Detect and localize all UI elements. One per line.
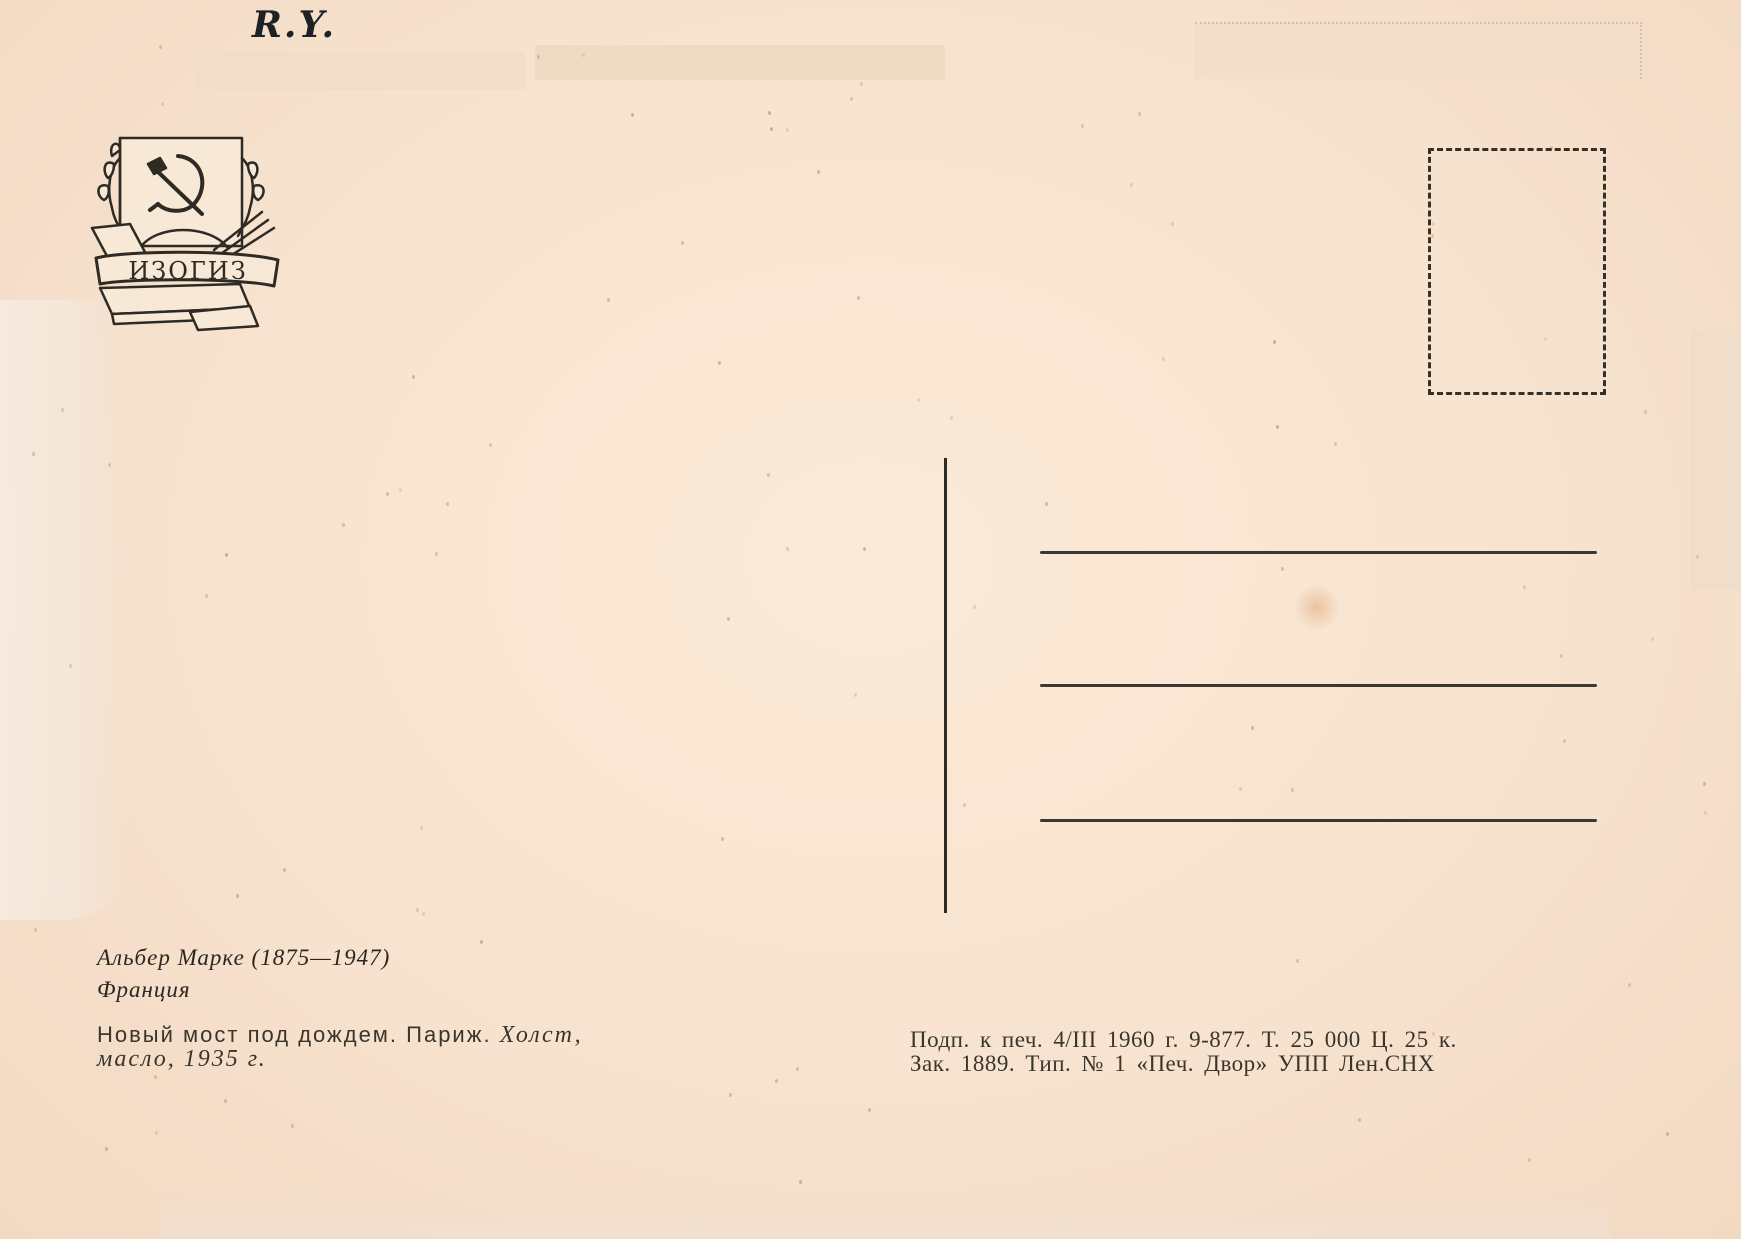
worn-paper-area <box>0 300 125 920</box>
foxing-spot <box>1563 739 1566 743</box>
foxing-spot <box>155 1131 158 1135</box>
foxing-spot <box>582 53 585 57</box>
foxing-spot <box>61 408 64 412</box>
foxing-spot <box>799 1180 802 1184</box>
artwork-medium-cont: масло, 1935 г. <box>97 1046 267 1072</box>
address-line-3 <box>1040 819 1597 822</box>
foxing-spot <box>1171 222 1174 226</box>
foxing-spot <box>1239 787 1242 791</box>
handwritten-note: R.Y. <box>252 4 336 46</box>
stamp-residue <box>1195 22 1642 79</box>
izogiz-emblem-icon: ИЗОГИЗ <box>90 128 286 338</box>
foxing-spot <box>1651 637 1654 641</box>
artwork-medium: Холст, <box>500 1022 583 1048</box>
foxing-spot <box>1358 1118 1361 1122</box>
foxing-spot <box>863 547 866 551</box>
foxing-spot <box>1666 1132 1669 1136</box>
foxing-spot <box>868 1108 871 1112</box>
foxing-spot <box>342 523 345 527</box>
artwork-title-text: Новый мост под дождем. Париж. <box>97 1022 492 1047</box>
foxing-spot <box>446 502 449 506</box>
foxing-spot <box>412 375 415 379</box>
svg-text:ИЗОГИЗ: ИЗОГИЗ <box>128 257 247 285</box>
foxing-spot <box>718 361 721 365</box>
foxing-spot <box>1296 959 1299 963</box>
foxing-spot <box>1273 340 1276 344</box>
foxing-spot <box>854 693 857 697</box>
foxing-spot <box>69 664 72 668</box>
foxing-spot <box>291 1124 294 1128</box>
foxing-spot <box>537 55 540 59</box>
foxing-spot <box>770 127 773 131</box>
worn-paper-area <box>1690 330 1741 590</box>
foxing-spot <box>607 298 610 302</box>
foxing-spot <box>786 128 789 132</box>
postcard-back: R.Y. <box>0 0 1741 1239</box>
foxing-spot <box>236 894 239 898</box>
foxing-spot <box>786 547 789 551</box>
foxing-spot <box>1560 654 1563 658</box>
foxing-spot <box>767 473 770 477</box>
foxing-spot <box>1703 782 1706 786</box>
foxing-spot <box>1045 502 1048 506</box>
foxing-spot <box>225 553 228 557</box>
foxing-spot <box>420 826 423 830</box>
foxing-spot <box>159 45 162 49</box>
artist-country: Франция <box>97 975 737 1005</box>
foxing-spot <box>1644 410 1647 414</box>
foxing-spot <box>1130 183 1133 187</box>
foxing-spot <box>775 1079 778 1083</box>
foxing-spot <box>850 97 853 101</box>
foxing-spot <box>283 868 286 872</box>
foxing-spot <box>105 1147 108 1151</box>
foxing-spot <box>1281 567 1284 571</box>
foxing-spot <box>1628 983 1631 987</box>
foxing-spot <box>154 1075 157 1079</box>
foxing-spot <box>1162 357 1165 361</box>
imprint-line-1: Подп. к печ. 4/III 1960 г. 9-877. Т. 25 … <box>910 1028 1610 1052</box>
foxing-spot <box>161 102 164 106</box>
paper-stain <box>1292 585 1342 630</box>
artwork-title: Новый мост под дождем. Париж. Холст, мас… <box>97 1023 737 1071</box>
address-line-2 <box>1040 684 1597 687</box>
foxing-spot <box>422 912 425 916</box>
foxing-spot <box>729 1093 732 1097</box>
foxing-spot <box>917 398 920 402</box>
foxing-spot <box>631 113 634 117</box>
foxing-spot <box>1251 726 1254 730</box>
foxing-spot <box>860 82 863 86</box>
foxing-spot <box>386 492 389 496</box>
foxing-spot <box>973 605 976 609</box>
foxing-spot <box>108 463 111 467</box>
stamp-placeholder <box>1428 148 1606 395</box>
foxing-spot <box>1704 811 1707 815</box>
foxing-spot <box>416 908 419 912</box>
foxing-spot <box>489 443 492 447</box>
foxing-spot <box>857 296 860 300</box>
foxing-spot <box>768 111 771 115</box>
artwork-caption: Альбер Марке (1875—1947) Франция Новый м… <box>97 943 737 1071</box>
foxing-spot <box>205 594 208 598</box>
imprint-line-2: Зак. 1889. Тип. № 1 «Печ. Двор» УПП Лен.… <box>910 1052 1610 1076</box>
artist-name: Альбер Марке (1875—1947) <box>97 943 737 973</box>
foxing-spot <box>727 617 730 621</box>
glue-residue <box>195 52 525 90</box>
foxing-spot <box>963 803 966 807</box>
foxing-spot <box>1276 425 1279 429</box>
foxing-spot <box>1291 788 1294 792</box>
foxing-spot <box>796 1067 799 1071</box>
foxing-spot <box>817 170 820 174</box>
glue-residue <box>535 45 945 80</box>
foxing-spot <box>224 1099 227 1103</box>
foxing-spot <box>32 452 35 456</box>
foxing-spot <box>950 416 953 420</box>
foxing-spot <box>1334 442 1337 446</box>
printer-imprint: Подп. к печ. 4/III 1960 г. 9-877. Т. 25 … <box>910 1028 1610 1076</box>
worn-paper-area <box>160 1185 1610 1239</box>
foxing-spot <box>1528 1158 1531 1162</box>
foxing-spot <box>721 837 724 841</box>
foxing-spot <box>1523 585 1526 589</box>
foxing-spot <box>34 928 37 932</box>
foxing-spot <box>681 241 684 245</box>
address-line-1 <box>1040 551 1597 554</box>
foxing-spot <box>435 552 438 556</box>
publisher-logo: ИЗОГИЗ <box>90 128 286 338</box>
address-divider <box>944 458 947 913</box>
foxing-spot <box>1138 112 1141 116</box>
foxing-spot <box>399 488 402 492</box>
foxing-spot <box>1081 124 1084 128</box>
foxing-spot <box>1696 555 1699 559</box>
